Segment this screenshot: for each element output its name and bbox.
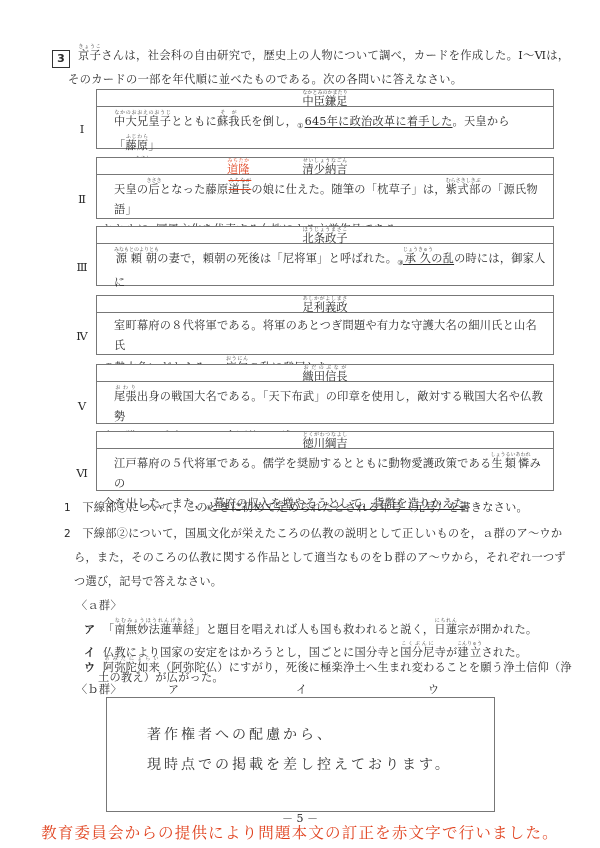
underlined-text-1: 645年に政治改革に着手した bbox=[305, 115, 453, 128]
card-3: 北条政子ほうじょうまさこ 源頼朝みなもとのよりともの妻で，頼朝の死後は「尼将軍」… bbox=[96, 226, 554, 286]
question-2-line-2: ら，また，そのころの仏教に関する作品として適当なものをｂ群のア～ウから，それぞれ… bbox=[74, 548, 584, 568]
question-2-line-3: つ選び，記号で答えなさい。 bbox=[74, 572, 584, 592]
card-roman-4: Ⅳ bbox=[74, 329, 90, 343]
card-4: 足利義政あしかがよしまさ 室町幕府の８代将軍である。将軍のあとつぎ問題や有力な守… bbox=[96, 295, 554, 355]
card-2-title: 道隆みちたか 清少納言せいしょうなごん bbox=[97, 158, 553, 175]
correction-name: 道隆みちたか bbox=[227, 158, 250, 180]
option-key: ウ bbox=[84, 661, 95, 674]
card-roman-3: Ⅲ bbox=[74, 260, 90, 274]
group-a-label: 〈ａ群〉 bbox=[76, 596, 122, 616]
question-intro: 京子きょうこさんは，社会科の自由研究で，歴史上の人物について調べ，カードを作成し… bbox=[78, 44, 578, 66]
card-roman-2: Ⅱ bbox=[74, 192, 90, 206]
underlined-text-3: 承久じょうきゅうの乱 bbox=[405, 252, 454, 265]
card-6-title: 徳川綱吉とくがわつなよし bbox=[97, 432, 553, 449]
card-6: 徳川綱吉とくがわつなよし 江戸幕府の５代将軍である。儒学を奨励するとともに動物愛… bbox=[96, 431, 554, 491]
card-5: 織田信長おだのぶなが 尾張おわり出身の戦国大名である。「天下布武」の印章を使用し… bbox=[96, 364, 554, 424]
card-5-title: 織田信長おだのぶなが bbox=[97, 365, 553, 382]
card-roman-6: Ⅵ bbox=[74, 466, 90, 480]
group-b-image-placeholder: 著作権者への配慮から、 現時点での掲載を差し控えております。 bbox=[106, 697, 495, 812]
copyright-line-2: 現時点での掲載を差し控えております。 bbox=[147, 750, 452, 780]
card-1-title: 中臣鎌足なかとみのかまたり bbox=[97, 90, 553, 107]
correction-notice: 教育委員会からの提供により問題本文の訂正を赤文字で行いました。 bbox=[0, 821, 600, 843]
intro-line-2: そのカードの一部を年代順に並べたものである。次の各問いに答えなさい。 bbox=[68, 70, 578, 90]
intro-line-1: 京子きょうこさんは，社会科の自由研究で，歴史上の人物について調べ，カードを作成し… bbox=[78, 44, 578, 66]
copyright-line-1: 著作権者への配慮から、 bbox=[147, 720, 334, 750]
card-roman-5: Ⅴ bbox=[74, 399, 90, 413]
question-number-box: 3 bbox=[52, 50, 70, 68]
underline-marker-1: ① bbox=[297, 122, 304, 130]
card-roman-1: Ⅰ bbox=[74, 122, 90, 136]
question-2: 2 下線部②について，国風文化が栄えたころの仏教の説明として正しいものを，ａ群の… bbox=[64, 524, 584, 544]
question-1: 1 下線部①について，このときに初めて定められたとされる年号（元号）を書きなさい… bbox=[64, 498, 584, 518]
option-key: ア bbox=[84, 623, 95, 636]
group-a-option-a: ア 「南無妙法蓮華経なむみょうほうれんげきょう」と題目を唱えれば人も国も救われる… bbox=[84, 618, 584, 640]
card-3-title: 北条政子ほうじょうまさこ bbox=[97, 227, 553, 244]
kyoko-ruby: 京子きょうこ bbox=[78, 49, 101, 62]
card-1: 中臣鎌足なかとみのかまたり 中大兄皇子なかのおおえのおうじとともに蘇我そが氏を倒… bbox=[96, 89, 554, 149]
card-2: 道隆みちたか 清少納言せいしょうなごん 天皇の后きさきとなった藤原道長みちながの… bbox=[96, 157, 554, 219]
struck-name: 道長みちなが bbox=[228, 183, 251, 196]
card-4-title: 足利義政あしかがよしまさ bbox=[97, 296, 553, 313]
